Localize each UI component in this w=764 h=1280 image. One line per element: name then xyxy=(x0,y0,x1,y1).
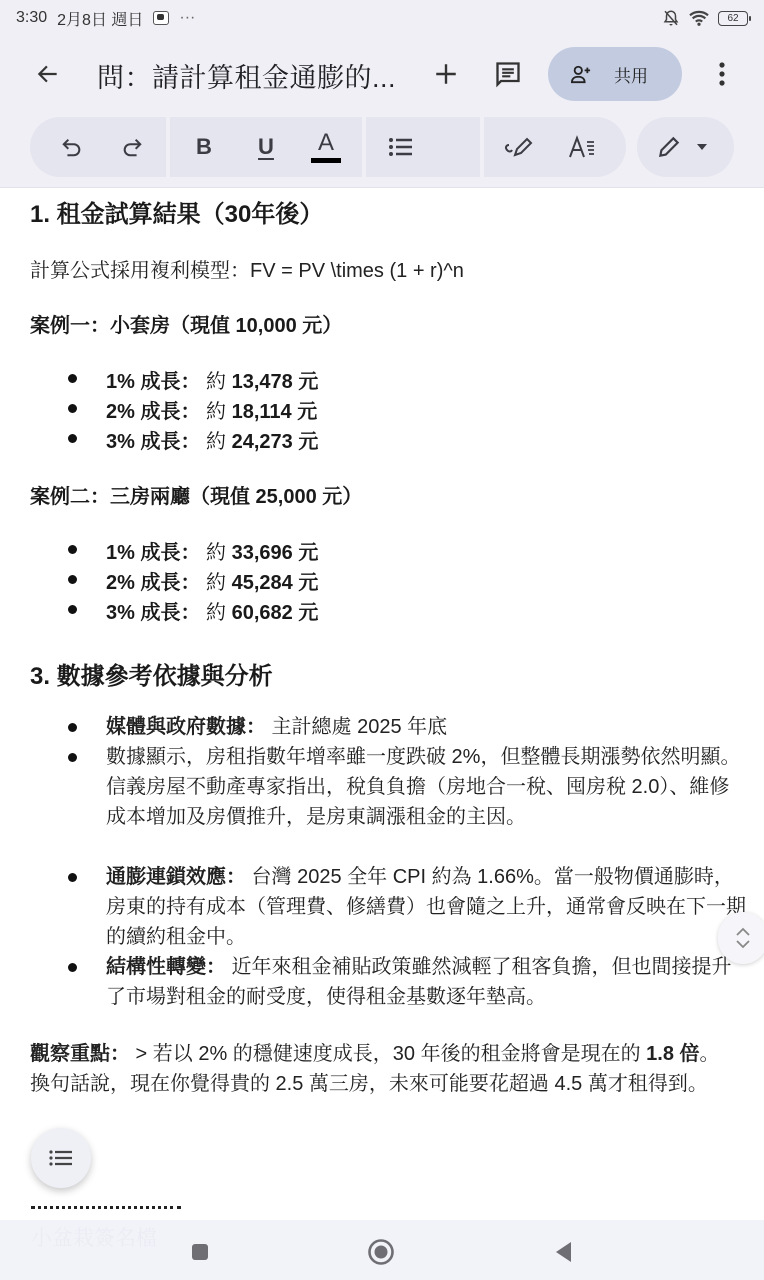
bullet-dot xyxy=(68,575,77,584)
approx-prefix: 約 xyxy=(206,542,226,564)
fast-scroll-handle[interactable] xyxy=(718,912,764,964)
case1-title: 案例一：小套房（現值 10,000 元） xyxy=(30,309,342,338)
wifi-icon xyxy=(688,9,710,27)
approx-prefix: 約 xyxy=(206,401,226,423)
status-bar: 3:30 2月8日 週日 ··· 62 xyxy=(0,0,764,36)
analysis-label: 媒體與政府數據： xyxy=(106,716,266,738)
edit-mode-dropdown[interactable] xyxy=(689,129,715,165)
battery-icon: 62 xyxy=(718,11,748,26)
growth-value: 18,114 元 xyxy=(232,401,318,423)
document-title[interactable]: 問：請計算租金通膨的... xyxy=(97,56,396,95)
underline-icon: U xyxy=(258,134,274,160)
back-triangle-icon xyxy=(554,1241,572,1263)
app-bar: 問：請計算租金通膨的... 共用 xyxy=(0,36,764,112)
growth-value: 33,696 元 xyxy=(232,542,319,564)
comments-button[interactable] xyxy=(490,56,526,92)
bell-off-icon xyxy=(662,9,680,27)
observation-multiplier: 1.8 倍 xyxy=(646,1043,699,1065)
handwriting-button[interactable] xyxy=(500,129,536,165)
home-button[interactable] xyxy=(363,1234,399,1270)
analysis-item: 結構性轉變： 近年來租金補貼政策雖然減輕了租客負擔，但也間接提升了市場對租金的耐… xyxy=(106,952,746,1012)
redo-icon xyxy=(121,136,143,158)
growth-value: 24,273 元 xyxy=(232,431,319,453)
analysis-item: 數據顯示，房租指數年增率雖一度跌破 2%，但整體長期漲勢依然明顯。信義房屋不動產… xyxy=(106,742,746,832)
growth-value: 45,284 元 xyxy=(232,572,319,594)
plus-icon xyxy=(433,61,459,87)
share-label: 共用 xyxy=(614,62,648,87)
approx-prefix: 約 xyxy=(206,572,226,594)
format-toolbar: B U A xyxy=(0,112,764,188)
bullet-dot xyxy=(68,434,77,443)
dropdown-arrow-icon xyxy=(696,143,708,151)
analysis-text: 主計總處 2025 年底 xyxy=(266,716,447,738)
bullet-dot xyxy=(68,963,77,972)
growth-label: 3% 成長： xyxy=(106,602,200,624)
section1-heading: 1. 租金試算結果（30年後） xyxy=(30,194,323,229)
edit-mode-group[interactable] xyxy=(637,117,734,177)
status-date: 2月8日 週日 xyxy=(57,7,143,30)
more-vert-icon xyxy=(718,61,726,87)
bold-icon: B xyxy=(196,134,212,160)
status-time: 3:30 xyxy=(16,9,47,27)
bulleted-list-icon xyxy=(388,136,412,158)
approx-prefix: 約 xyxy=(206,602,226,624)
share-button[interactable]: 共用 xyxy=(548,47,682,101)
back-button[interactable] xyxy=(30,56,66,92)
recents-square-icon xyxy=(191,1243,209,1261)
battery-level: 62 xyxy=(727,13,738,24)
analysis-item: 媒體與政府數據： 主計總處 2025 年底 xyxy=(106,712,746,742)
undo-icon xyxy=(61,136,83,158)
back-arrow-icon xyxy=(35,61,61,87)
analysis-label: 通膨連鎖效應： xyxy=(106,866,246,888)
edit-mode-button[interactable] xyxy=(651,129,687,165)
notification-app-icon xyxy=(153,11,169,25)
bullet-dot xyxy=(68,605,77,614)
case2-title: 案例二：三房兩廳（現值 25,000 元） xyxy=(30,480,362,509)
growth-label: 2% 成長： xyxy=(106,572,200,594)
observation-paragraph: 觀察重點： > 若以 2% 的穩健速度成長，30 年後的租金將會是現在的 1.8… xyxy=(30,1039,735,1099)
more-options-button[interactable] xyxy=(706,56,738,92)
text-color-button[interactable]: A xyxy=(308,129,344,165)
outline-button[interactable] xyxy=(31,1128,91,1188)
text-style-group: B U A xyxy=(170,117,362,177)
text-format-button[interactable] xyxy=(564,129,600,165)
recents-button[interactable] xyxy=(182,1234,218,1270)
document-body[interactable]: 1. 租金試算結果（30年後） 計算公式採用複利模型：FV = PV \time… xyxy=(0,188,764,1220)
text-color-icon: A xyxy=(318,131,334,155)
system-nav-bar xyxy=(0,1220,764,1280)
growth-label: 1% 成長： xyxy=(106,371,200,393)
bullet-dot xyxy=(68,873,77,882)
approx-prefix: 約 xyxy=(206,371,226,393)
observation-label: 觀察重點： xyxy=(30,1043,130,1065)
bulleted-list-button[interactable] xyxy=(382,129,418,165)
growth-value: 60,682 元 xyxy=(232,602,319,624)
approx-prefix: 約 xyxy=(206,431,226,453)
bullet-dot xyxy=(68,374,77,383)
growth-label: 3% 成長： xyxy=(106,431,200,453)
bullet-dot xyxy=(68,723,77,732)
bullet-dot xyxy=(68,545,77,554)
history-group xyxy=(30,117,166,177)
section3-heading: 3. 數據參考依據與分析 xyxy=(30,656,273,691)
signature-divider xyxy=(31,1206,181,1209)
formula-text: 計算公式採用複利模型：FV = PV \times (1 + r)^n xyxy=(30,254,464,283)
redo-button[interactable] xyxy=(114,129,150,165)
bullet-dot xyxy=(68,753,77,762)
undo-button[interactable] xyxy=(54,129,90,165)
text-color-swatch xyxy=(311,158,341,163)
status-overflow: ··· xyxy=(179,9,195,27)
text-format-icon xyxy=(568,135,596,159)
add-button[interactable] xyxy=(428,56,464,92)
scroll-up-down-icon xyxy=(734,925,752,951)
outline-list-icon xyxy=(49,1149,73,1167)
analysis-text: 數據顯示，房租指數年增率雖一度跌破 2%，但整體長期漲勢依然明顯。信義房屋不動產… xyxy=(106,746,740,828)
analysis-label: 結構性轉變： xyxy=(106,956,226,978)
handwriting-icon xyxy=(503,135,533,159)
tools-group xyxy=(484,117,626,177)
analysis-item: 通膨連鎖效應： 台灣 2025 全年 CPI 約為 1.66%。當一般物價通膨時… xyxy=(106,862,746,952)
add-person-icon xyxy=(570,64,592,84)
growth-label: 2% 成長： xyxy=(106,401,200,423)
growth-label: 1% 成長： xyxy=(106,542,200,564)
home-circle-icon xyxy=(367,1238,395,1266)
bold-button[interactable]: B xyxy=(186,129,222,165)
bullet-dot xyxy=(68,404,77,413)
system-back-button[interactable] xyxy=(545,1234,581,1270)
underline-button[interactable]: U xyxy=(248,129,284,165)
pencil-edit-icon xyxy=(656,134,682,160)
growth-value: 13,478 元 xyxy=(232,371,319,393)
list-group xyxy=(366,117,480,177)
comment-icon xyxy=(494,60,522,88)
observation-text: > 若以 2% 的穩健速度成長，30 年後的租金將會是現在的 xyxy=(130,1043,646,1065)
